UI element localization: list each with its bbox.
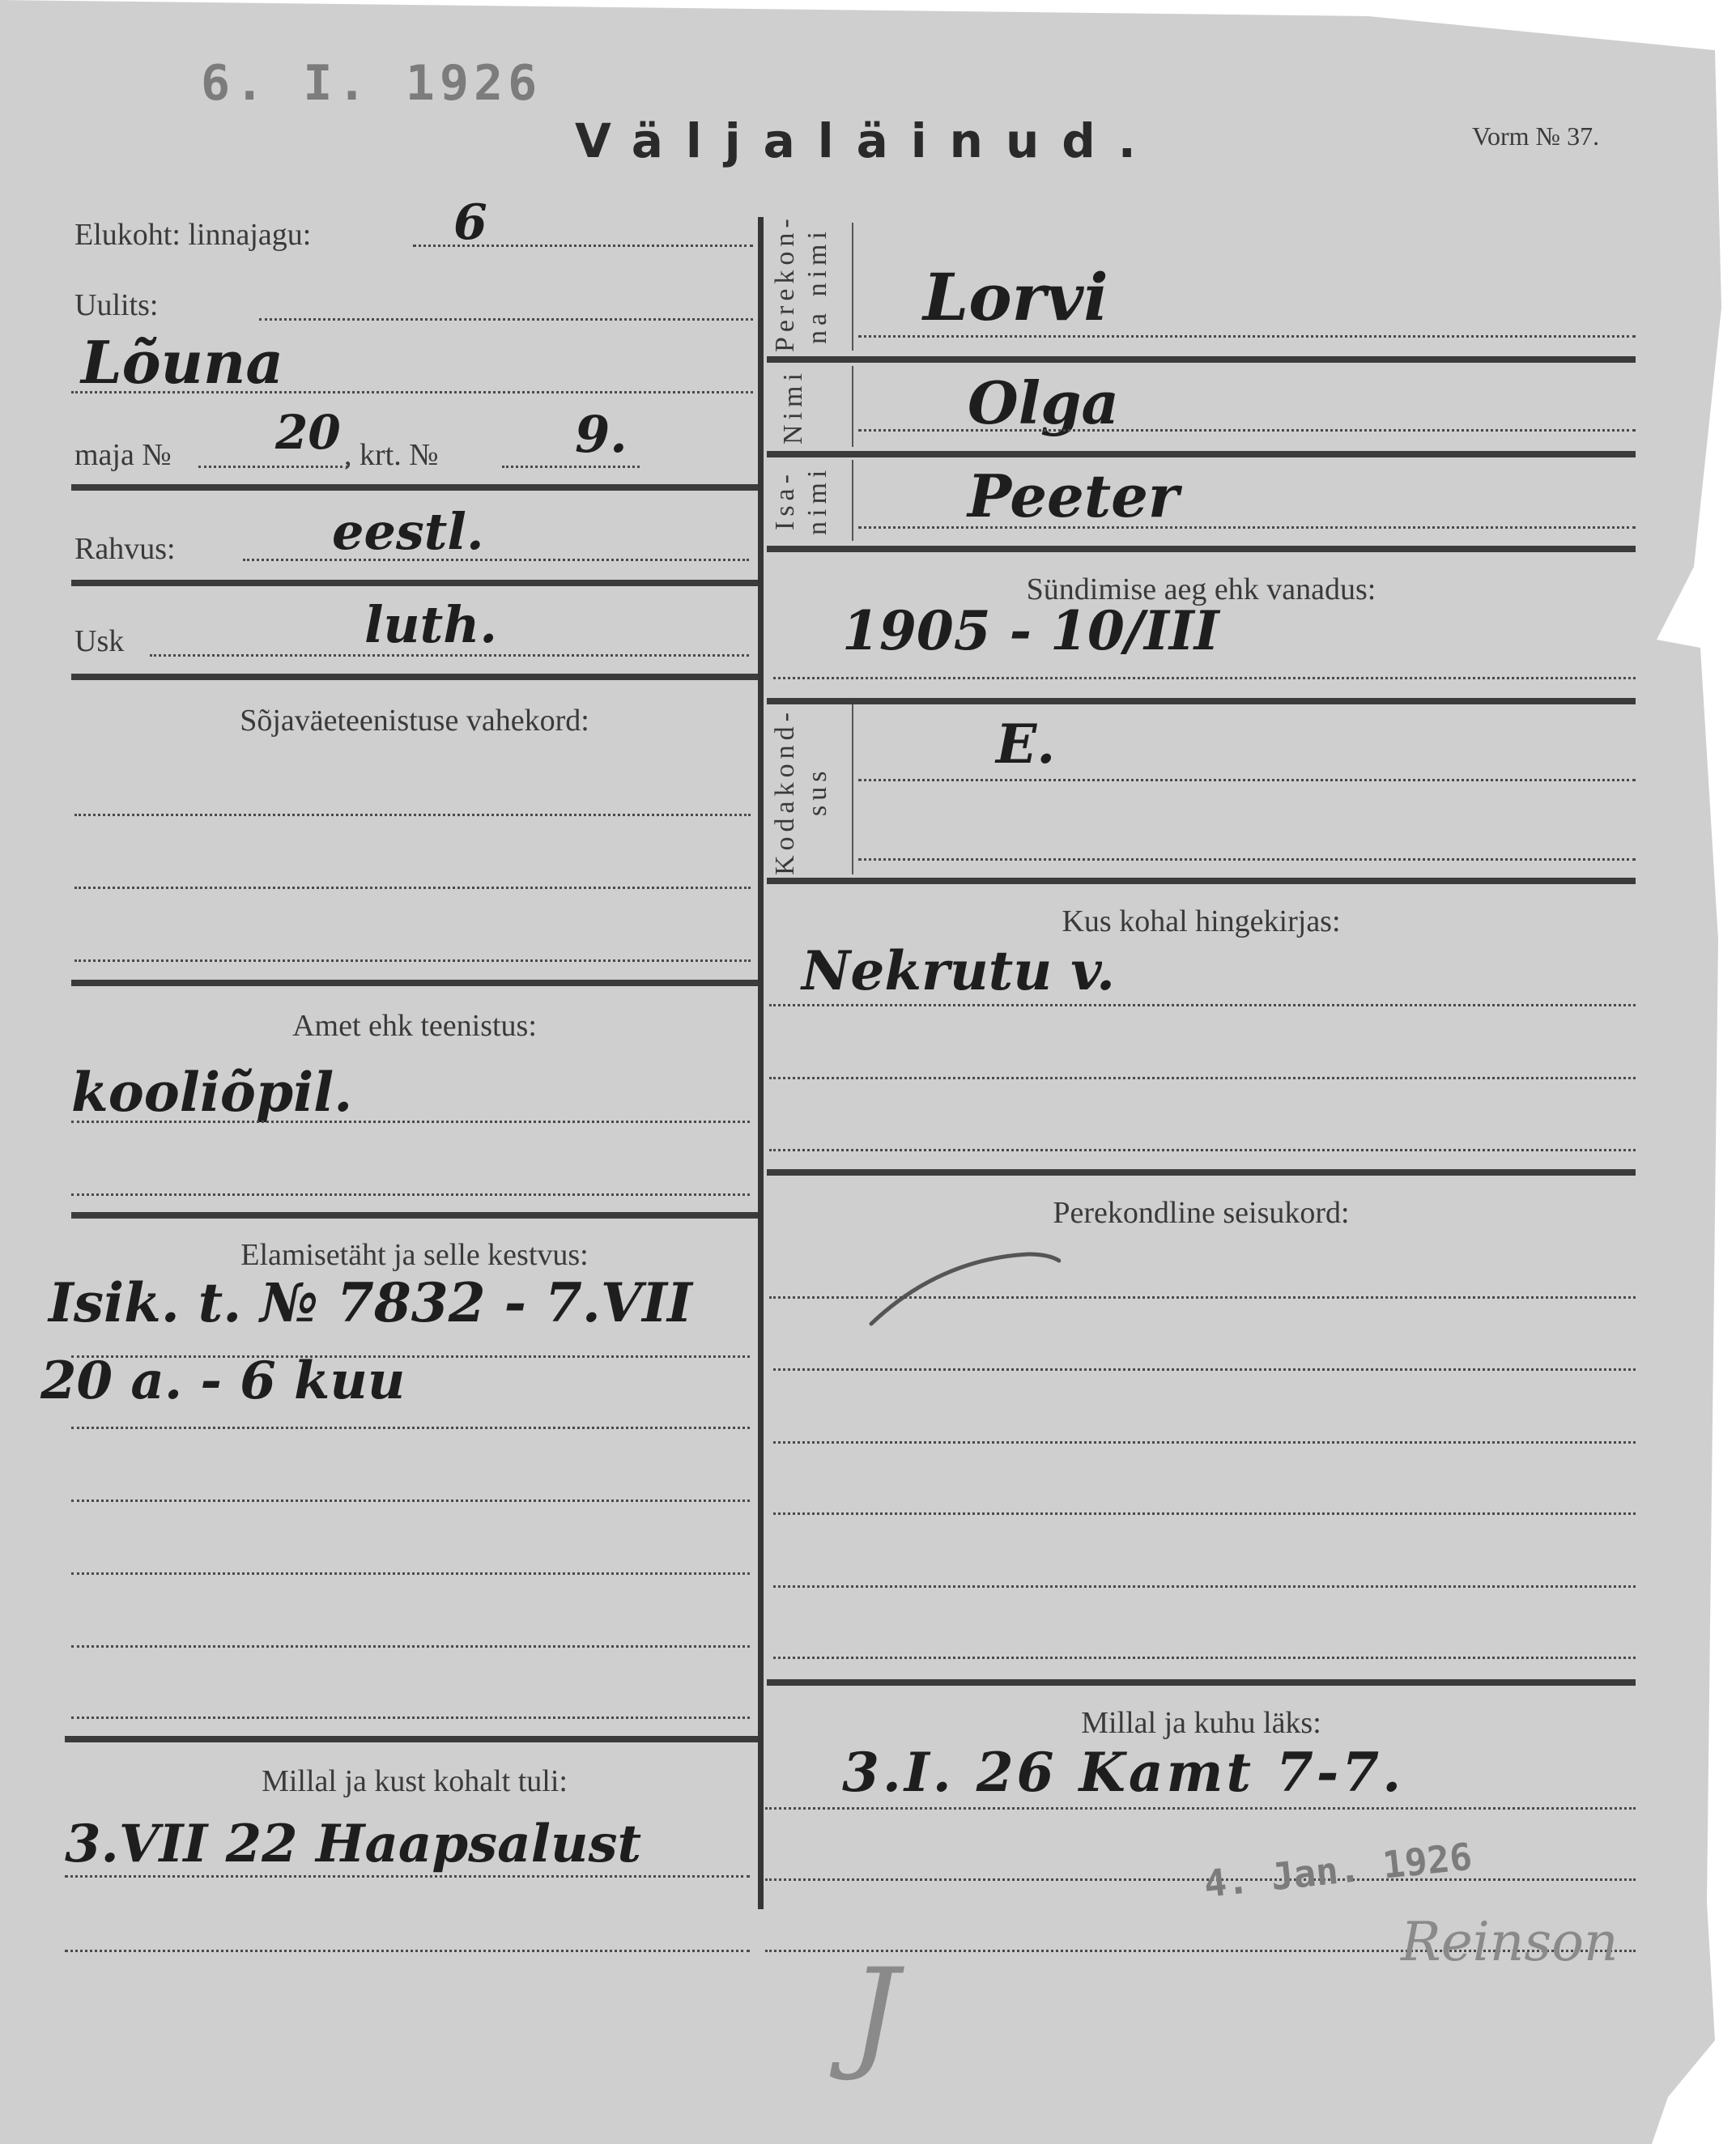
apartment-label: , krt. № bbox=[344, 437, 438, 473]
departure-line-2 bbox=[765, 1878, 1636, 1881]
registry-line-1 bbox=[769, 1004, 1636, 1006]
section-rule bbox=[767, 1679, 1636, 1686]
street-line-2 bbox=[71, 391, 753, 393]
label-divider bbox=[852, 223, 853, 351]
military-line-2 bbox=[74, 887, 751, 889]
initials-mark: J bbox=[850, 1943, 899, 2084]
nationality-value: eestl. bbox=[332, 502, 484, 561]
column-divider bbox=[758, 217, 764, 1909]
residence-permit-line-6 bbox=[71, 1716, 750, 1719]
nationality-line bbox=[243, 559, 749, 561]
religion-label: Usk bbox=[74, 623, 124, 659]
section-rule bbox=[767, 356, 1636, 363]
first-name-value: Olga bbox=[968, 368, 1119, 437]
residence-permit-line-5 bbox=[71, 1645, 750, 1648]
marital-line-4 bbox=[773, 1512, 1636, 1515]
birth-value: 1905 - 10/III bbox=[842, 599, 1219, 662]
surname-line bbox=[858, 335, 1636, 338]
residence-permit-line-4 bbox=[71, 1572, 750, 1575]
label-divider bbox=[852, 704, 853, 874]
patronymic-label: Isa- nimi bbox=[769, 460, 834, 541]
citizenship-line-2 bbox=[858, 858, 1636, 861]
marital-line-3 bbox=[773, 1441, 1636, 1444]
registry-line-3 bbox=[769, 1149, 1636, 1151]
military-line-3 bbox=[74, 959, 751, 962]
house-label: maja № bbox=[74, 437, 172, 473]
departure-date-stamp: 4. Jan. 1926 bbox=[1202, 1835, 1474, 1906]
arrival-line-2 bbox=[65, 1950, 750, 1952]
section-rule bbox=[71, 1212, 758, 1219]
arrival-label: Millal ja kust kohalt tuli: bbox=[71, 1763, 758, 1799]
house-line bbox=[198, 466, 348, 468]
section-rule bbox=[71, 580, 758, 586]
received-date-stamp: 6. I. 1926 bbox=[201, 55, 542, 112]
label-divider bbox=[852, 460, 853, 541]
registry-value: Nekrutu v. bbox=[802, 939, 1115, 1002]
residence-permit-line-3 bbox=[71, 1500, 750, 1502]
residence-permit-label: Elamisetäht ja selle kestvus: bbox=[71, 1237, 758, 1273]
occupation-value: kooliõpil. bbox=[71, 1061, 352, 1124]
residence-permit-line-2 bbox=[71, 1427, 750, 1429]
surname-value: Lorvi bbox=[923, 259, 1108, 335]
nationality-label: Rahvus: bbox=[74, 531, 176, 567]
military-line-1 bbox=[74, 814, 751, 816]
patronymic-value: Peeter bbox=[968, 462, 1179, 530]
street-label: Uulits: bbox=[74, 287, 158, 323]
marital-line-2 bbox=[773, 1368, 1636, 1371]
document-page: 6. I. 1926 Väljaläinud. Vorm № 37. Eluko… bbox=[0, 0, 1736, 2144]
section-rule bbox=[767, 451, 1636, 457]
surname-label: Perekon- na nimi bbox=[769, 219, 834, 352]
residence-permit-line1: Isik. t. № 7832 - 7.VII bbox=[49, 1271, 692, 1334]
form-title: Väljaläinud. bbox=[575, 113, 1159, 168]
house-value: 20 bbox=[275, 405, 341, 460]
first-name-line bbox=[858, 429, 1636, 432]
citizenship-line-1 bbox=[858, 779, 1636, 781]
arrival-line-1 bbox=[65, 1875, 750, 1878]
district-label: Elukoht: linnajagu: bbox=[74, 217, 311, 253]
official-signature: Reinson bbox=[1401, 1911, 1618, 1973]
marital-status-dash-mark bbox=[866, 1243, 1061, 1332]
apartment-line bbox=[502, 466, 640, 468]
street-value: Lõuna bbox=[81, 328, 283, 397]
religion-value: luth. bbox=[364, 595, 497, 654]
residence-permit-line2: 20 a. - 6 kuu bbox=[40, 1351, 405, 1411]
citizenship-value: E. bbox=[996, 713, 1055, 776]
marital-line-1 bbox=[769, 1296, 1636, 1299]
apartment-value: 9. bbox=[575, 405, 628, 464]
section-rule bbox=[767, 1169, 1636, 1176]
departure-value: 3.I. 26 Kamt 7-7. bbox=[842, 1741, 1404, 1804]
religion-line bbox=[150, 654, 749, 657]
district-value: 6 bbox=[453, 194, 487, 251]
section-rule bbox=[65, 1736, 758, 1742]
occupation-line-1 bbox=[71, 1121, 750, 1123]
section-rule bbox=[71, 674, 758, 680]
military-label: Sõjaväeteenistuse vahekord: bbox=[71, 703, 758, 738]
occupation-line-2 bbox=[71, 1193, 750, 1196]
label-divider bbox=[852, 366, 853, 447]
citizenship-label: Kodakond- sus bbox=[769, 704, 834, 878]
marital-line-5 bbox=[773, 1585, 1636, 1588]
occupation-label: Amet ehk teenistus: bbox=[71, 1008, 758, 1044]
section-rule bbox=[767, 698, 1636, 704]
patronymic-line bbox=[858, 526, 1636, 529]
section-rule bbox=[767, 546, 1636, 552]
section-rule bbox=[71, 980, 758, 986]
form-number: Vorm № 37. bbox=[1472, 121, 1599, 151]
departure-label: Millal ja kuhu läks: bbox=[767, 1705, 1636, 1741]
section-rule bbox=[767, 878, 1636, 884]
registry-label: Kus kohal hingekirjas: bbox=[767, 904, 1636, 939]
arrival-value: 3.VII 22 Haapsalust bbox=[65, 1814, 641, 1874]
street-line bbox=[259, 318, 753, 321]
registry-line-2 bbox=[769, 1077, 1636, 1079]
marital-status-label: Perekondline seisukord: bbox=[767, 1195, 1636, 1231]
section-rule bbox=[71, 484, 758, 491]
birth-line bbox=[773, 677, 1636, 679]
departure-line-1 bbox=[765, 1807, 1636, 1810]
marital-line-6 bbox=[773, 1657, 1636, 1659]
first-name-label: Nimi bbox=[777, 366, 810, 447]
